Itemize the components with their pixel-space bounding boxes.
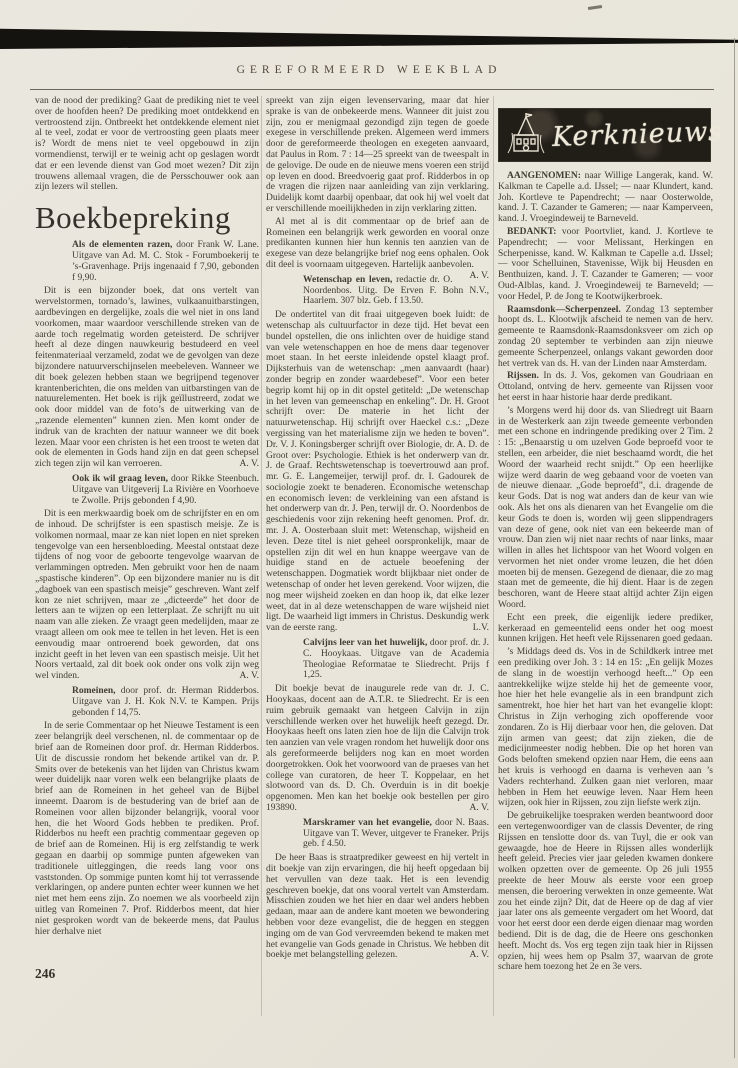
masthead-title: GEREFORMEERD WEEKBLAD [0,64,738,76]
review-text: Dit boekje bevat de inaugurele rede van … [266,684,489,813]
review-body: Dit boekje bevat de inaugurele rede van … [266,684,489,814]
bedankt-text: voor Poortvliet, kand. J. Kortleve te Pa… [498,227,713,302]
book-citation: Romeinen, door prof. dr. Herman Ridderbo… [72,686,259,718]
raamsdonk-text: Zondag 13 september hoopt ds. L. Klootwi… [498,305,713,369]
review-text: De ondertitel van dit fraai uitgegeven b… [266,310,489,633]
rijssen-paragraph-3: Echt een preek, die eigenlijk iedere pre… [498,613,713,645]
book-title: Calvijns leer van het huwelijk, [303,638,427,648]
column-divider [493,96,494,1016]
review-text: In de serie Commentaar op het Nieuwe Tes… [35,721,259,936]
intro-paragraph: van de nood der prediking? Gaat de predi… [35,96,259,193]
rijssen-paragraph-5: De gebruikelijke toespraken werden beant… [498,811,713,973]
review-body: De heer Baas is straatprediker geweest e… [266,853,489,961]
aangenomen-lead: AANGENOMEN: [507,171,581,181]
review-body: Dit is een bijzonder boek, dat ons verte… [35,286,259,470]
book-title: Romeinen, [72,686,116,696]
column-3: Kerknieuws AANGENOMEN: naar Willige Lang… [498,96,713,975]
column-1: van de nood der prediking? Gaat de predi… [35,96,259,939]
book-citation: Als de elementen razen, door Frank W. La… [72,240,259,283]
continuation-paragraph: Al met al is dit commentaar op de brief … [266,217,489,271]
raamsdonk-paragraph: Raamsdonk—Scherpenzeel. Zondag 13 septem… [498,305,713,370]
rijssen-paragraph-4: ’s Middags deed ds. Vos in de Schildkerk… [498,647,713,809]
bedankt-paragraph: BEDANKT: voor Poortvliet, kand. J. Kortl… [498,227,713,303]
review-text: Dit is een bijzonder boek, dat ons verte… [35,286,259,469]
book-title: Wetenschap en leven, [303,275,392,285]
reviewer-initials: A. V. [453,803,489,814]
page-edge-line [734,38,735,1058]
masthead-rule [30,89,714,90]
rijssen-paragraph-2: ’s Morgens werd hij door ds. van Sliedre… [498,406,713,611]
book-title: Ook ik wil graag leven, [72,474,168,484]
rijssen-lead: Rijssen. [507,371,539,381]
book-citation: Calvijns leer van het huwelijk, door pro… [303,638,489,681]
reviewer-initials: A. V. [453,271,489,282]
book-citation: Marskramer van het evangelie, door N. Ba… [303,818,489,850]
review-body: In de serie Commentaar op het Nieuwe Tes… [35,721,259,937]
review-text: De heer Baas is straatprediker geweest e… [266,853,489,960]
scanned-newspaper-page: GEREFORMEERD WEEKBLAD van de nood der pr… [0,0,738,1068]
review-body: De ondertitel van dit fraai uitgegeven b… [266,310,489,634]
reviewer-initials: A. V. [453,950,489,961]
book-title: Marskramer van het evangelie, [303,818,432,828]
reviewer-initials: A. V. [223,459,259,470]
reviewer-initials: A. V. [223,671,259,682]
kerknieuws-title: Kerknieuws [552,127,723,144]
review-text: Dit is een merkwaardig boek om de schrij… [35,509,259,681]
aangenomen-paragraph: AANGENOMEN: naar Willige Langerak, kand.… [498,171,713,225]
column-2: spreekt van zijn eigen levenservaring, m… [266,96,489,963]
paragraph-text: Al met al is dit commentaar op de brief … [266,217,489,270]
rijssen-paragraph: Rijssen. In ds. J. Vos, gekomen van Goud… [498,371,713,403]
reviewer-initials: L.V. [456,623,489,634]
church-icon [506,113,546,157]
page-number: 246 [35,966,55,982]
review-body: Dit is een merkwaardig boek om de schrij… [35,509,259,682]
column-divider [261,96,262,1016]
scan-edge-artifact [0,27,738,49]
book-title: Als de elementen razen, [72,240,172,250]
bedankt-lead: BEDANKT: [507,227,556,237]
book-citation: Ook ik wil graag leven, door Rikke Steen… [72,474,259,506]
scan-speck [588,5,602,10]
section-heading-boekbepreking: Boekbepreking [35,202,259,233]
raamsdonk-lead: Raamsdonk—Scherpenzeel. [507,305,621,315]
kerknieuws-banner: Kerknieuws [498,108,711,162]
continuation-paragraph: spreekt van zijn eigen levenservaring, m… [266,96,489,215]
